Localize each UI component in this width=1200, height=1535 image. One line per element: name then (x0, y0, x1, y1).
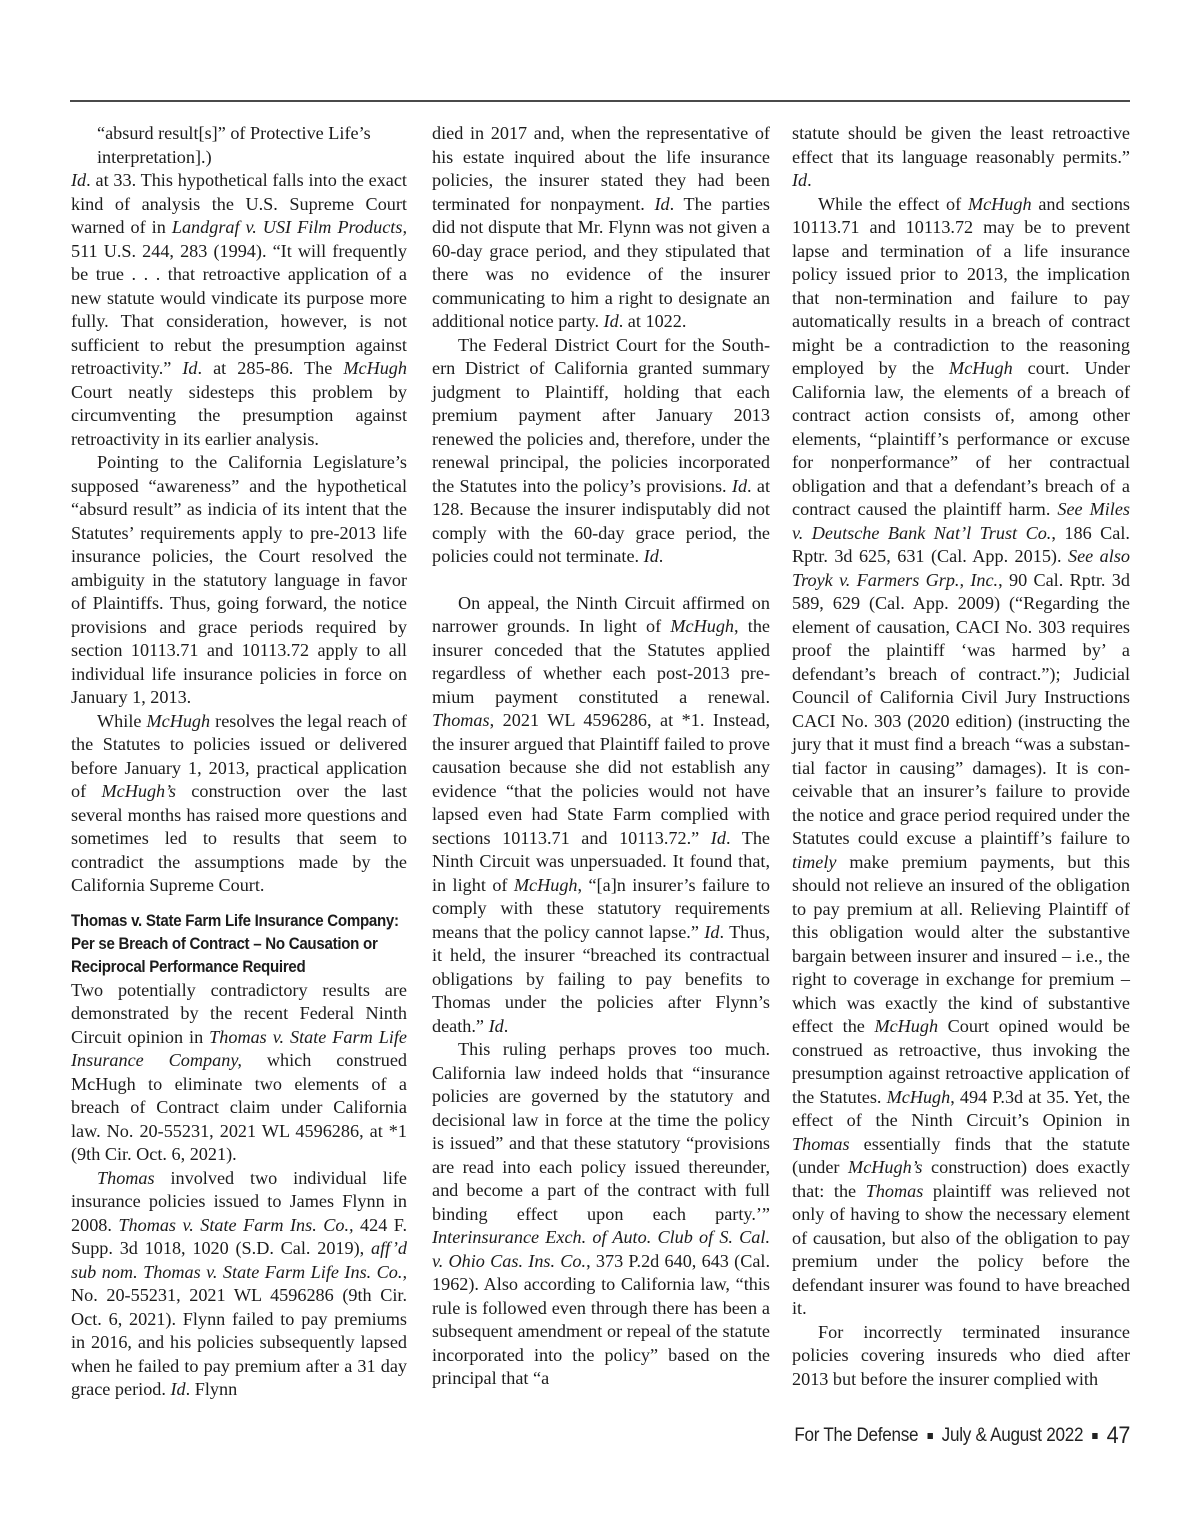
text-run: and sec­tions 10113.71 and 10113.72 may … (792, 194, 1130, 379)
column-2: died in 2017 and, when the representativ… (432, 122, 770, 1391)
section-heading: Thomas v. State Farm Life Insurance Comp… (71, 910, 411, 979)
italic-text: Thomas (866, 1181, 924, 1201)
issue-date: July & August 2022 (942, 1425, 1084, 1447)
text-run: No. 20-55231, 2021 WL 4596286 (9th Cir. … (71, 1285, 407, 1399)
italic-text: Id (732, 476, 747, 496)
paragraph: died in 2017 and, when the representativ… (432, 122, 770, 334)
italic-text: Thomas (97, 1168, 155, 1188)
paragraph: Id. at 33. This hypothetical falls into … (71, 169, 407, 451)
text-run: . Flynn (186, 1379, 238, 1399)
text-run: . at 1022. (619, 311, 687, 331)
text-run: For incorrectly terminated insurance pol… (792, 1322, 1130, 1389)
italic-text: McHugh (146, 711, 210, 731)
italic-text: Thomas (432, 710, 490, 730)
paragraph: While the effect of McHugh and sec­tions… (792, 193, 1130, 1321)
italic-text: McHugh’s (102, 781, 176, 801)
column-1: “absurd result[s]” of Protective Life’s … (71, 122, 407, 1402)
italic-text: Id (489, 1016, 504, 1036)
text-run: , 373 P.2d 640, 643 (Cal. 1962). Also ac… (432, 1251, 770, 1389)
italic-text: Landgraf v. USI Film Products, (172, 217, 407, 237)
paragraph: Pointing to the California Legislature’s… (71, 451, 407, 710)
italic-text: Id (170, 1379, 185, 1399)
italic-text: McHugh (887, 1087, 951, 1107)
italic-text: McHugh (874, 1016, 938, 1036)
paragraph: The Federal District Court for the South… (432, 334, 770, 569)
text-run: court. Under California law, the element… (792, 358, 1130, 519)
italic-text: McHugh (968, 194, 1032, 214)
text-run: . (807, 170, 812, 190)
text-run: . (504, 1016, 509, 1036)
quote-continuation: “absurd result[s]” of Protective Life’s … (71, 122, 407, 169)
bullet-separator-icon (927, 1433, 932, 1439)
text-run: . at 285-86. The (198, 358, 344, 378)
text-run: statute should be given the least retroa… (792, 123, 1130, 167)
paragraph: Thomas involved two individual life insu… (71, 1167, 407, 1402)
italic-text: Id (71, 170, 86, 190)
italic-text: Id (182, 358, 197, 378)
paragraph: This ruling perhaps proves too much. Cal… (432, 1038, 770, 1391)
paragraph: statute should be given the least retroa… (792, 122, 1130, 193)
text-run: While (97, 711, 146, 731)
text-run: . The parties did not dispute that Mr. F… (432, 194, 770, 332)
page-number: 47 (1107, 1422, 1130, 1450)
bullet-separator-icon (1092, 1433, 1097, 1439)
paragraph: On appeal, the Ninth Circuit affirmed on… (432, 592, 770, 1039)
italic-text: Id (704, 922, 719, 942)
text-run: plaintiff was relieved not only of havin… (792, 1181, 1130, 1319)
column-3: statute should be given the least retroa… (792, 122, 1130, 1391)
italic-text: Id (604, 311, 619, 331)
text-run: While the effect of (818, 194, 968, 214)
text-run: This ruling perhaps proves too much. Cal… (432, 1039, 770, 1224)
italic-text: Id (644, 546, 659, 566)
italic-text: Id (792, 170, 807, 190)
text-run: Pointing to the California Legislature’s… (71, 452, 407, 707)
italic-text: McHugh’s (848, 1157, 922, 1177)
italic-text: McHugh (949, 358, 1013, 378)
italic-text: McHugh (514, 875, 578, 895)
paragraph: For incorrectly terminated insurance pol… (792, 1321, 1130, 1392)
italic-text: Thomas (792, 1134, 850, 1154)
text-run: , 90 Cal. Rptr. 3d 589, 629 (Cal. App. 2… (792, 570, 1130, 849)
text-run: make premium payments, but this should n… (792, 852, 1130, 1037)
italic-text: Id (711, 828, 726, 848)
text-run: . (659, 546, 664, 566)
page-footer: For The Defense July & August 2022 47 (794, 1422, 1130, 1450)
text-run: The Federal District Court for the South… (432, 335, 770, 496)
paragraph: While McHugh resolves the legal reach of… (71, 710, 407, 898)
italic-text: McHugh (670, 616, 734, 636)
italic-text: Id (654, 194, 669, 214)
italic-text: Thomas v. State Farm Ins. Co., (118, 1215, 353, 1235)
italic-text: timely (792, 852, 836, 872)
publication-name: For The Defense (794, 1425, 918, 1447)
paragraph: Two potentially contradictory results ar… (71, 979, 407, 1167)
italic-text: McHugh (343, 358, 407, 378)
text-run: Court neatly sidesteps this problem by c… (71, 382, 407, 449)
header-rule (70, 100, 1130, 102)
